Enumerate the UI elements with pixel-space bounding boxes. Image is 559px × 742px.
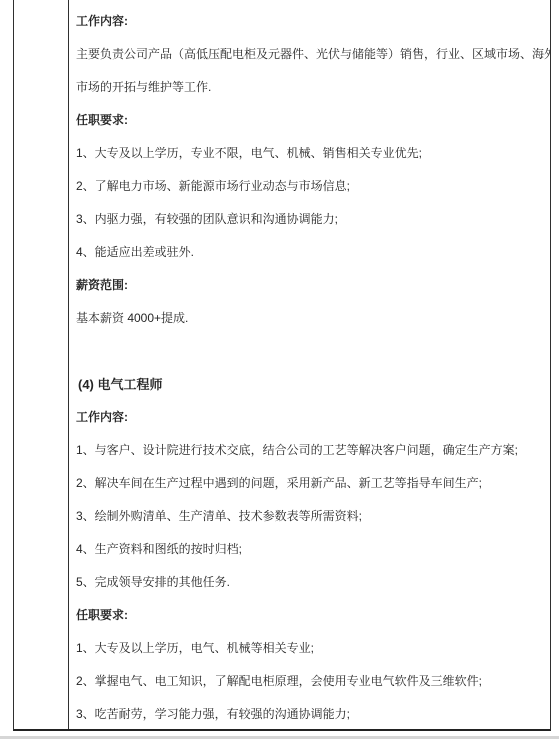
req-sales-item-3: 3、内驱力强，有较强的团队意识和沟通协调能力;: [76, 203, 546, 236]
label-salary-range: 薪资范围:: [76, 269, 546, 302]
label-work-content-2: 工作内容:: [76, 401, 546, 434]
body-sales-duty-line-2: 市场的开拓与维护等工作.: [76, 71, 546, 104]
document-page: 工作内容: 主要负责公司产品（高低压配电柜及元器件、光伏与储能等）销售，行业、区…: [0, 0, 559, 742]
body-sales-duty-line-1: 主要负责公司产品（高低压配电柜及元器件、光伏与储能等）销售，行业、区域市场、海外: [76, 38, 546, 71]
req-sales-item-2: 2、了解电力市场、新能源市场行业动态与市场信息;: [76, 170, 546, 203]
page-edge-divider: [0, 736, 559, 739]
job-title-electrical-engineer: (4) 电气工程师: [76, 368, 546, 401]
duty-engineer-item-5: 5、完成领导安排的其他任务.: [76, 566, 546, 599]
req-sales-item-1: 1、大专及以上学历，专业不限，电气、机械、销售相关专业优先;: [76, 137, 546, 170]
duty-engineer-item-4: 4、生产资料和图纸的按时归档;: [76, 533, 546, 566]
table-content-cell: 工作内容: 主要负责公司产品（高低压配电柜及元器件、光伏与储能等）销售，行业、区…: [69, 0, 550, 729]
duty-engineer-item-2: 2、解决车间在生产过程中遇到的问题，采用新产品、新工艺等指导车间生产;: [76, 467, 546, 500]
table-row-header-cell: [14, 0, 69, 729]
body-salary: 基本薪资 4000+提成.: [76, 302, 546, 335]
label-requirements-1: 任职要求:: [76, 104, 546, 137]
duty-engineer-item-3: 3、绘制外购清单、生产清单、技术参数表等所需资料;: [76, 500, 546, 533]
duty-engineer-item-1: 1、与客户、设计院进行技术交底，结合公司的工艺等解决客户问题，确定生产方案;: [76, 434, 546, 467]
job-description-table: 工作内容: 主要负责公司产品（高低压配电柜及元器件、光伏与储能等）销售，行业、区…: [13, 0, 551, 731]
req-sales-item-4: 4、能适应出差或驻外.: [76, 236, 546, 269]
req-engineer-item-3: 3、吃苦耐劳，学习能力强，有较强的沟通协调能力;: [76, 698, 546, 729]
label-requirements-2: 任职要求:: [76, 599, 546, 632]
req-engineer-item-2: 2、掌握电气、电工知识，了解配电柜原理，会使用专业电气软件及三维软件;: [76, 665, 546, 698]
blank-line: [76, 335, 546, 368]
label-work-content-1: 工作内容:: [76, 5, 546, 38]
req-engineer-item-1: 1、大专及以上学历，电气、机械等相关专业;: [76, 632, 546, 665]
